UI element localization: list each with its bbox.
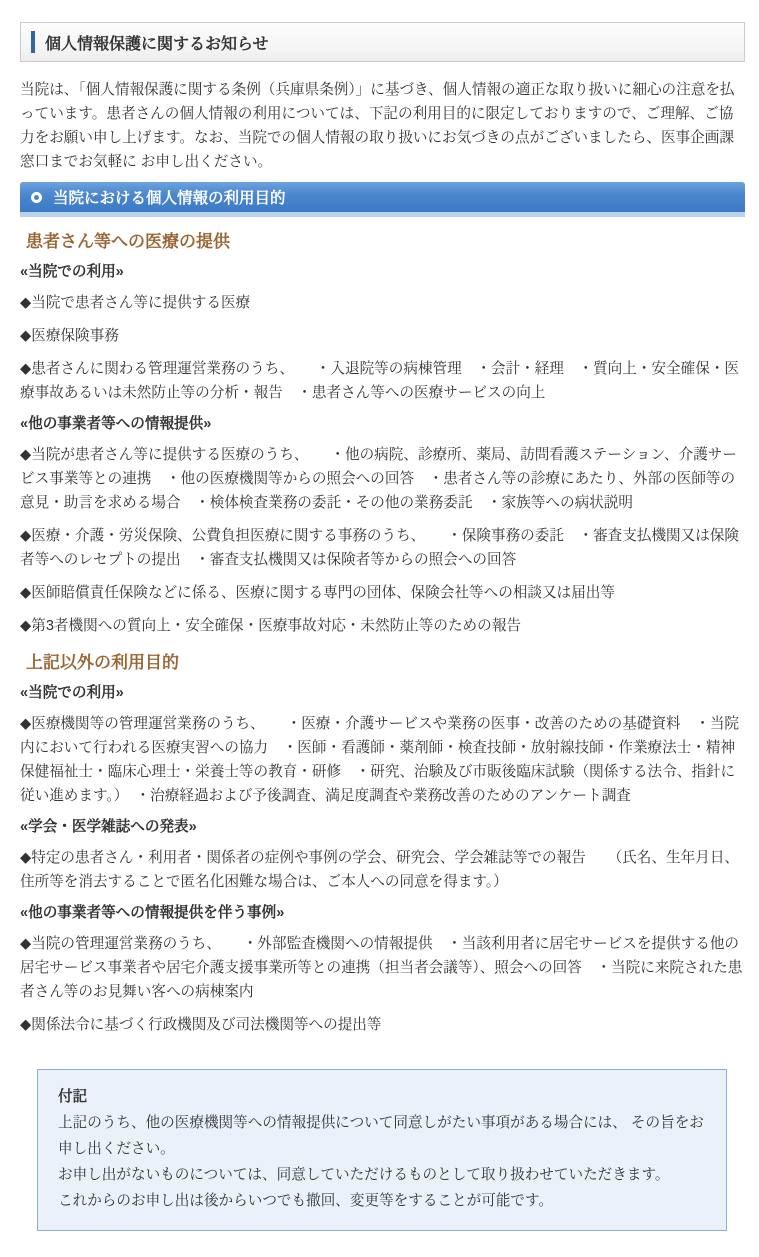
policy-item: ◆医師賠償責任保険などに係る、医療に関する専門の団体、保険会社等への相談又は届出… [20,581,745,605]
section-heading-medical-provision: 患者さん等への医療の提供 [26,231,745,253]
title-accent-bar [31,31,35,53]
note-box: 付記 上記のうち、他の医療機関等への情報提供について同意しがたい事項がある場合に… [37,1069,727,1231]
policy-item: ◆当院で患者さん等に提供する医療 [20,291,745,315]
section-header-underline [20,212,745,217]
policy-item: ◆関係法令に基づく行政機関及び司法機関等への提出等 [20,1013,745,1037]
note-box-title: 付記 [58,1084,706,1110]
note-line: 上記のうち、他の医療機関等への情報提供について同意しがたい事項がある場合には、 … [58,1110,706,1162]
section-header-bar: 当院における個人情報の利用目的 [20,182,745,212]
policy-item: ◆第3者機関への質向上・安全確保・医療事故対応・未然防止等のための報告 [20,614,745,638]
policy-item: ◆当院が患者さん等に提供する医療のうち、 ・他の病院、診療所、薬局、訪問看護ステ… [20,443,745,515]
group-subheading-hospital-use-2: «当院での利用» [20,683,745,703]
policy-item: ◆患者さんに関わる管理運営業務のうち、 ・入退院等の病棟管理 ・会計・経理 ・質… [20,357,745,405]
page-title: 個人情報保護に関するお知らせ [45,31,269,54]
group-subheading-info-provision-cases: «他の事業者等への情報提供を伴う事例» [20,903,745,923]
group-subheading-academic-publication: «学会・医学雑誌への発表» [20,817,745,837]
group-subheading-hospital-use: «当院での利用» [20,262,745,282]
note-line: これからのお申し出は後からいつでも撤回、変更等をすることが可能です。 [58,1188,706,1214]
intro-paragraph: 当院は、「個人情報保護に関する条例（兵庫県条例）」に基づき、個人情報の適正な取り… [20,78,745,174]
policy-item: ◆当院の管理運営業務のうち、 ・外部監査機関への情報提供 ・当該利用者に居宅サー… [20,932,745,1004]
page: 個人情報保護に関するお知らせ 当院は、「個人情報保護に関する条例（兵庫県条例）」… [0,0,759,1257]
section-header-label: 当院における個人情報の利用目的 [53,186,286,208]
group-subheading-info-to-others: «他の事業者等への情報提供» [20,414,745,434]
policy-item: ◆医療保険事務 [20,324,745,348]
note-line: お申し出がないものについては、同意していただけるものとして取り扱わせていただきま… [58,1162,706,1188]
policy-item: ◆特定の患者さん・利用者・関係者の症例や事例の学会、研究会、学会雑誌等での報告 … [20,846,745,894]
section-heading-other-purposes: 上記以外の利用目的 [26,652,745,674]
policy-item: ◆医療・介護・労災保険、公費負担医療に関する事務のうち、 ・保険事務の委託 ・審… [20,524,745,572]
page-title-bar: 個人情報保護に関するお知らせ [20,22,745,62]
policy-item: ◆医療機関等の管理運営業務のうち、 ・医療・介護サービスや業務の医事・改善のため… [20,712,745,808]
circle-ring-icon [31,192,42,203]
